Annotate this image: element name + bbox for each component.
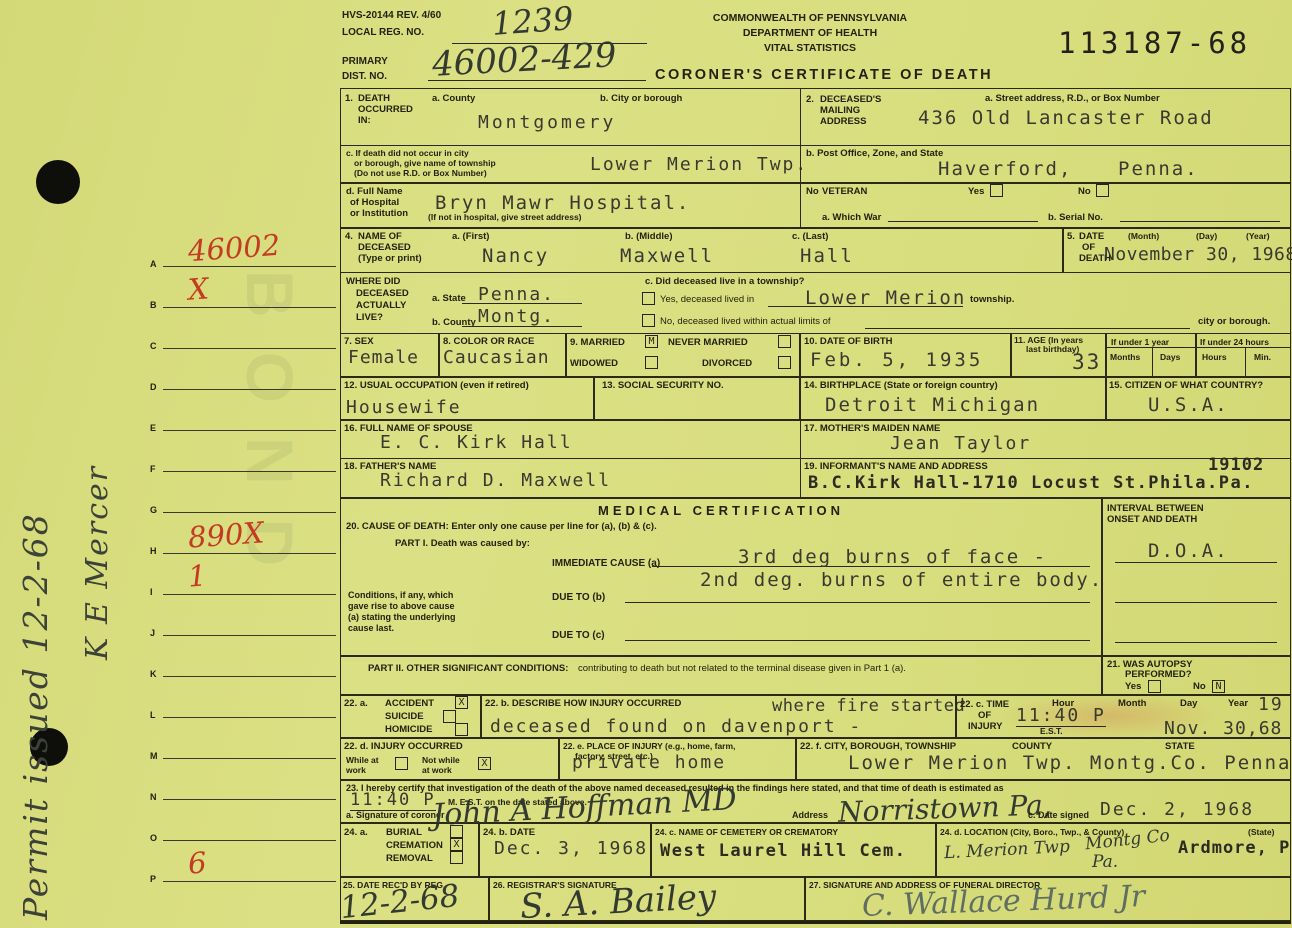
margin-index-line	[163, 594, 336, 595]
sex-value: Female	[348, 347, 419, 368]
coroner-signature-label: a. Signature of coroner	[346, 810, 445, 821]
box1d-label-1: d. Full Name	[346, 186, 402, 197]
due-to-c-line	[625, 640, 1090, 641]
father-value: Richard D. Maxwell	[380, 470, 611, 491]
medical-certification-title: MEDICAL CERTIFICATION	[340, 503, 1102, 518]
part2-conditions	[340, 656, 1102, 695]
date-of-death-value: November 30, 1968	[1104, 244, 1292, 265]
divorced-label: DIVORCED	[702, 358, 752, 369]
margin-index-row: O	[150, 802, 342, 843]
township-yes-text: Yes, deceased lived in	[660, 294, 754, 305]
box1d-label-3: or Institution	[350, 208, 408, 219]
margin-index-line	[163, 389, 336, 390]
margin-index-letter: E	[150, 423, 156, 433]
date-of-birth-value: Feb. 5, 1935	[810, 349, 983, 371]
township-value: Lower Merion	[805, 287, 966, 309]
month-label-22c: Month	[1118, 698, 1147, 709]
margin-index-row: L	[150, 679, 342, 720]
margin-red-mark: 46002	[187, 228, 281, 268]
cause-line-2: 2nd deg. burns of entire body.	[700, 569, 1103, 591]
suicide-label: SUICIDE	[385, 711, 424, 722]
box6-label-2: DECEASED	[356, 288, 409, 299]
spouse-value: E. C. Kirk Hall	[380, 432, 573, 453]
box1c-value: Lower Merion Twp.	[590, 154, 808, 175]
box1d-label-2: of Hospital	[350, 197, 399, 208]
city-line	[865, 328, 1190, 329]
state-label: a. State	[432, 293, 466, 304]
part2-bold-label: PART II. OTHER SIGNIFICANT CONDITIONS:	[368, 663, 568, 674]
margin-index-row: I1	[150, 556, 342, 597]
date-of-injury-value: Nov. 30,68	[1164, 718, 1282, 739]
middle-name-label: b. (Middle)	[625, 231, 673, 242]
day-label-22c: Day	[1180, 698, 1197, 709]
box2-street-value: 436 Old Lancaster Road	[918, 107, 1214, 129]
certificate-title: CORONER'S CERTIFICATE OF DEATH	[655, 67, 993, 84]
date-signed-value: Dec. 2, 1968	[1100, 799, 1254, 820]
middle-name-value: Maxwell	[620, 245, 714, 267]
box6-label-3: ACTUALLY	[356, 300, 406, 311]
married-label: 9. MARRIED	[570, 337, 625, 348]
under-1-year-label: If under 1 year	[1111, 337, 1169, 347]
box1c-label-3: (Do not use R.D. or Box Number)	[354, 168, 487, 178]
box4-number: 4.	[345, 231, 353, 242]
primary-label: PRIMARY	[342, 56, 388, 68]
city-suffix: city or borough.	[1198, 316, 1270, 327]
box2-label-3: ADDRESS	[820, 116, 866, 127]
interval-line-2	[1115, 602, 1277, 603]
margin-index-letter: N	[150, 792, 157, 802]
box10-label: 10. DATE OF BIRTH	[804, 336, 893, 347]
mother-value: Jean Taylor	[890, 433, 1031, 454]
margin-index-row: BX	[150, 269, 342, 310]
while-at-work-checkbox	[395, 757, 408, 770]
box5-number-label: 5.	[1067, 231, 1075, 242]
margin-index-line	[163, 635, 336, 636]
box6-label-1: WHERE DID	[346, 276, 400, 287]
margin-index-line	[163, 758, 336, 759]
conditions-note-3: (a) stating the underlying	[348, 612, 456, 623]
box1c-label-1: c. If death did not occur in city	[346, 148, 469, 158]
conditions-note-4: cause last.	[348, 623, 394, 634]
interval-label-1: INTERVAL BETWEEN	[1107, 503, 1204, 514]
divorced-checkbox	[778, 356, 791, 369]
date-signed-label: c. Date signed	[1028, 810, 1089, 821]
first-name-label: a. (First)	[452, 231, 489, 242]
informant-zip: 19102	[1208, 455, 1264, 475]
local-reg-number: 1239	[491, 0, 575, 43]
interval-line-3	[1115, 642, 1277, 643]
interval-value: D.O.A.	[1148, 540, 1229, 562]
margin-index-line	[163, 676, 336, 677]
homicide-label: HOMICIDE	[385, 724, 433, 735]
box5-label-1: DATE	[1079, 231, 1104, 242]
while-at-work-label-1: While at	[346, 755, 379, 765]
margin-index-letter: M	[150, 751, 158, 761]
margin-index-row: M	[150, 720, 342, 761]
margin-red-mark: 1	[187, 558, 208, 593]
township-yes-checkbox	[642, 292, 655, 305]
township-question-label: c. Did deceased live in a township?	[645, 276, 804, 287]
vital-line: VITAL STATISTICS	[660, 42, 960, 54]
removal-checkbox	[450, 851, 463, 864]
conditions-note-2: gave rise to above cause	[348, 601, 455, 612]
part2-rest-label: contributing to death but not related to…	[578, 663, 906, 674]
days-label: Days	[1160, 352, 1180, 362]
box22c-label-3: INJURY	[968, 721, 1003, 732]
box22c-label-1: 22. c. TIME	[960, 699, 1009, 710]
serial-no-label: b. Serial No.	[1048, 212, 1103, 223]
due-to-b-label: DUE TO (b)	[552, 592, 605, 604]
cause-line-1: 3rd deg burns of face -	[738, 546, 1047, 568]
interval-label-2: ONSET AND DEATH	[1107, 514, 1197, 525]
not-at-work-label-2: at work	[422, 765, 452, 775]
box2-street-label: a. Street address, R.D., or Box Number	[985, 93, 1160, 104]
year-label: (Year)	[1246, 231, 1270, 241]
margin-index-row: A46002	[150, 228, 342, 269]
box3-label: VETERAN	[822, 186, 867, 197]
burial-checkbox	[450, 825, 463, 838]
not-at-work-checkbox: X	[478, 757, 491, 770]
state-header-label: STATE	[1165, 741, 1195, 752]
box6-label-4: LIVE?	[356, 312, 383, 323]
box4-label-1: NAME OF	[358, 231, 402, 242]
occupation-value: Housewife	[346, 397, 462, 418]
death-certificate-scan: BOND Permit issued 12-2-68 K E Mercer A4…	[0, 0, 1292, 928]
margin-index-line	[163, 471, 336, 472]
which-war-label: a. Which War	[822, 212, 881, 223]
veteran-no-checkbox	[1096, 184, 1109, 197]
township-no-text: No, deceased lived within actual limits …	[660, 316, 831, 327]
due-to-c-label: DUE TO (c)	[552, 630, 605, 642]
margin-index-line	[163, 799, 336, 800]
conditions-note-1: Conditions, if any, which	[348, 590, 453, 601]
box8-label: 8. COLOR OR RACE	[443, 336, 534, 347]
homicide-checkbox	[455, 723, 468, 736]
burial-label: BURIAL	[386, 827, 422, 838]
margin-index-row: E	[150, 392, 342, 433]
margin-index-letter: J	[150, 628, 155, 638]
immediate-cause-label: IMMEDIATE CAUSE (a)	[552, 558, 660, 570]
township-suffix: township.	[970, 294, 1014, 305]
box1-label-2: OCCURRED	[358, 104, 413, 115]
box24a-number: 24. a.	[344, 827, 368, 838]
margin-index-letter: H	[150, 546, 157, 556]
under-1-year-divider	[1106, 347, 1196, 348]
estimated-time-value: 11:40 P	[350, 790, 436, 811]
margin-permit-note: Permit issued 12-2-68	[16, 140, 55, 920]
margin-index-line	[163, 512, 336, 513]
box1d-value: Bryn Mawr Hospital.	[435, 192, 690, 214]
margin-index-row: C	[150, 310, 342, 351]
box19-label: 19. INFORMANT'S NAME AND ADDRESS	[804, 461, 988, 472]
never-married-checkbox	[778, 335, 791, 348]
first-name-value: Nancy	[482, 245, 549, 267]
margin-index-letter: G	[150, 505, 157, 515]
part1-label: PART I. Death was caused by:	[395, 538, 530, 549]
injury-city-county-state-value: Lower Merion Twp. Montg.Co. Penna	[848, 752, 1292, 774]
box1c-label-2: or borough, give name of township	[354, 158, 496, 168]
min-label: Min.	[1254, 352, 1271, 362]
margin-index-row: F	[150, 433, 342, 474]
autopsy-yes-checkbox	[1148, 680, 1161, 693]
box1-number: 1.	[345, 93, 353, 104]
box14-label: 14. BIRTHPLACE (State or foreign country…	[804, 380, 998, 391]
margin-index-letter: D	[150, 382, 157, 392]
margin-index-line	[163, 430, 336, 431]
autopsy-no-checkbox: N	[1212, 680, 1225, 693]
veteran-no-label: No	[1078, 186, 1091, 197]
margin-index-row: D	[150, 351, 342, 392]
margin-index-row: N	[150, 761, 342, 802]
injury-description-2: deceased found on davenport -	[490, 716, 862, 737]
box1-city-label: b. City or borough	[600, 93, 682, 104]
margin-index-row: G	[150, 474, 342, 515]
married-checkbox: M	[645, 335, 658, 348]
box22a-number: 22. a.	[344, 698, 368, 709]
department-line: DEPARTMENT OF HEALTH	[660, 27, 960, 39]
not-at-work-label-1: Not while	[422, 755, 460, 765]
month-label: (Month)	[1128, 231, 1159, 241]
margin-red-mark: X	[187, 271, 210, 306]
margin-index-letter: K	[150, 669, 157, 679]
year-label-22c: Year	[1228, 698, 1248, 709]
local-reg-label: LOCAL REG. NO.	[342, 27, 424, 39]
box20-label: 20. CAUSE OF DEATH: Enter only one cause…	[346, 521, 657, 532]
margin-index-line	[163, 348, 336, 349]
dist-no-label: DIST. NO.	[342, 71, 387, 83]
injury-description-1: where fire started	[772, 696, 965, 716]
never-married-label: NEVER MARRIED	[668, 337, 748, 348]
margin-index-letter: P	[150, 874, 156, 884]
box2b-state-value: Penna.	[1118, 158, 1199, 180]
cremation-checkbox: X	[450, 838, 463, 851]
margin-index-row: P6	[150, 843, 342, 884]
margin-index-row: J	[150, 597, 342, 638]
margin-index-line	[163, 840, 336, 841]
box1-label-3: IN:	[358, 115, 371, 126]
bottom-double-rule	[340, 921, 1291, 928]
margin-index-letter: F	[150, 464, 156, 474]
margin-red-mark: 890X	[187, 515, 265, 554]
under-24-divider	[1196, 347, 1291, 348]
box2-label-1: DECEASED'S	[820, 94, 881, 105]
township-no-checkbox	[642, 314, 655, 327]
veteran-yes-label: Yes	[968, 186, 984, 197]
state-line	[462, 303, 582, 304]
box13-label: 13. SOCIAL SECURITY NO.	[602, 380, 724, 391]
margin-index-line	[163, 307, 336, 308]
coroner-address-label: Address	[792, 810, 828, 821]
last-name-value: Hall	[800, 245, 854, 267]
disposition-date-value: Dec. 3, 1968	[494, 838, 648, 859]
place-of-injury-value: private home	[572, 752, 726, 773]
box1-label-1: DEATH	[358, 93, 390, 104]
box2-label-2: MAILING	[820, 105, 860, 116]
months-label: Months	[1110, 352, 1140, 362]
box1-county-label: a. County	[432, 93, 475, 104]
cremation-label: CREMATION	[386, 840, 443, 851]
margin-index-row: H890X	[150, 515, 342, 556]
under-24-hours-label: If under 24 hours	[1200, 337, 1269, 347]
primary-dist-number: 46002-429	[431, 35, 617, 85]
box15-label: 15. CITIZEN OF WHAT COUNTRY?	[1109, 380, 1263, 391]
margin-index-letter: L	[150, 710, 156, 720]
box1-county-value: Montgomery	[478, 112, 616, 133]
suicide-checkbox	[443, 710, 456, 723]
county-line	[462, 326, 582, 327]
time-of-injury-value: 11:40 P	[1016, 705, 1106, 727]
commonwealth-line: COMMONWEALTH OF PENNSYLVANIA	[660, 12, 960, 24]
location-handwritten-state: Pa.	[1092, 852, 1118, 872]
box24d-state-label: (State)	[1248, 827, 1274, 837]
hours-label: Hours	[1202, 352, 1227, 362]
widowed-checkbox	[645, 356, 658, 369]
box22b-label: 22. b. DESCRIBE HOW INJURY OCCURRED	[485, 698, 681, 709]
race-value: Caucasian	[443, 347, 550, 368]
removal-label: REMOVAL	[386, 853, 433, 864]
margin-index-letter: A	[150, 259, 157, 269]
serial-no-line	[1120, 221, 1280, 222]
birthplace-value: Detroit Michigan	[825, 394, 1040, 416]
months-days-divider	[1152, 348, 1153, 377]
last-name-label: c. (Last)	[792, 231, 828, 242]
box7-label: 7. SEX	[344, 336, 374, 347]
state-value: Penna.	[478, 284, 555, 305]
margin-red-mark: 6	[187, 845, 208, 880]
citizen-value: U.S.A.	[1148, 394, 1229, 416]
box5-label-2: OF	[1082, 242, 1095, 253]
widowed-label: WIDOWED	[570, 358, 618, 369]
county-value: Montg.	[478, 306, 555, 327]
margin-clerk-name: K E Mercer	[80, 210, 115, 660]
county-header-label: COUNTY	[1012, 741, 1052, 752]
margin-index-letter: O	[150, 833, 157, 843]
box2b-label: b. Post Office, Zone, and State	[806, 148, 943, 159]
age-value: 33	[1072, 350, 1101, 374]
which-war-line	[888, 221, 1038, 222]
box12-label: 12. USUAL OCCUPATION (even if retired)	[344, 380, 529, 391]
box21-label-2: PERFORMED?	[1125, 669, 1192, 680]
margin-index: A46002BXCDEFGH890XI1JKLMNOP6	[150, 228, 342, 884]
autopsy-no-label: No	[1193, 681, 1206, 692]
margin-index-line	[163, 881, 336, 882]
location-typed-value: Ardmore, P	[1178, 838, 1290, 858]
margin-index-letter: B	[150, 300, 157, 310]
margin-index-letter: I	[150, 587, 153, 597]
box24b-label: 24. b. DATE	[483, 827, 535, 838]
certificate-number: 113187-68	[1058, 26, 1251, 60]
accident-checkbox: X	[455, 696, 468, 709]
margin-index-letter: C	[150, 341, 157, 351]
hours-min-divider	[1245, 348, 1246, 377]
est-label: E.S.T.	[1040, 726, 1063, 736]
box22f-label: 22. f. CITY, BOROUGH, TOWNSHIP	[800, 741, 956, 752]
interval-line-1	[1115, 562, 1277, 563]
margin-index-line	[163, 717, 336, 718]
form-number: HVS-20144 REV. 4/60	[342, 10, 441, 22]
dist-no-line	[428, 80, 646, 81]
box4-label-2: DECEASED	[358, 242, 411, 253]
while-at-work-label-2: work	[346, 765, 366, 775]
autopsy-yes-label: Yes	[1125, 681, 1141, 692]
box2-number: 2.	[806, 94, 814, 105]
margin-index-row: K	[150, 638, 342, 679]
veteran-yes-checkbox	[990, 184, 1003, 197]
year-partial-value: 19	[1258, 694, 1284, 715]
box22c-label-2: OF	[978, 710, 991, 721]
box24c-label: 24. c. NAME OF CEMETERY OR CREMATORY	[655, 827, 838, 837]
cemetery-value: West Laurel Hill Cem.	[660, 841, 906, 861]
box22e-label-1: 22. e. PLACE OF INJURY (e.g., home, farm…	[563, 741, 735, 751]
box4-label-3: (Type or print)	[358, 253, 422, 264]
box3-number: No	[806, 186, 819, 197]
day-label: (Day)	[1196, 231, 1217, 241]
accident-label: ACCIDENT	[385, 698, 434, 709]
due-to-b-line	[625, 602, 1090, 603]
box22d-label: 22. d. INJURY OCCURRED	[344, 741, 463, 752]
box2b-city-value: Haverford,	[938, 158, 1072, 180]
informant-value: B.C.Kirk Hall-1710 Locust St.Phila.Pa.	[808, 473, 1254, 493]
